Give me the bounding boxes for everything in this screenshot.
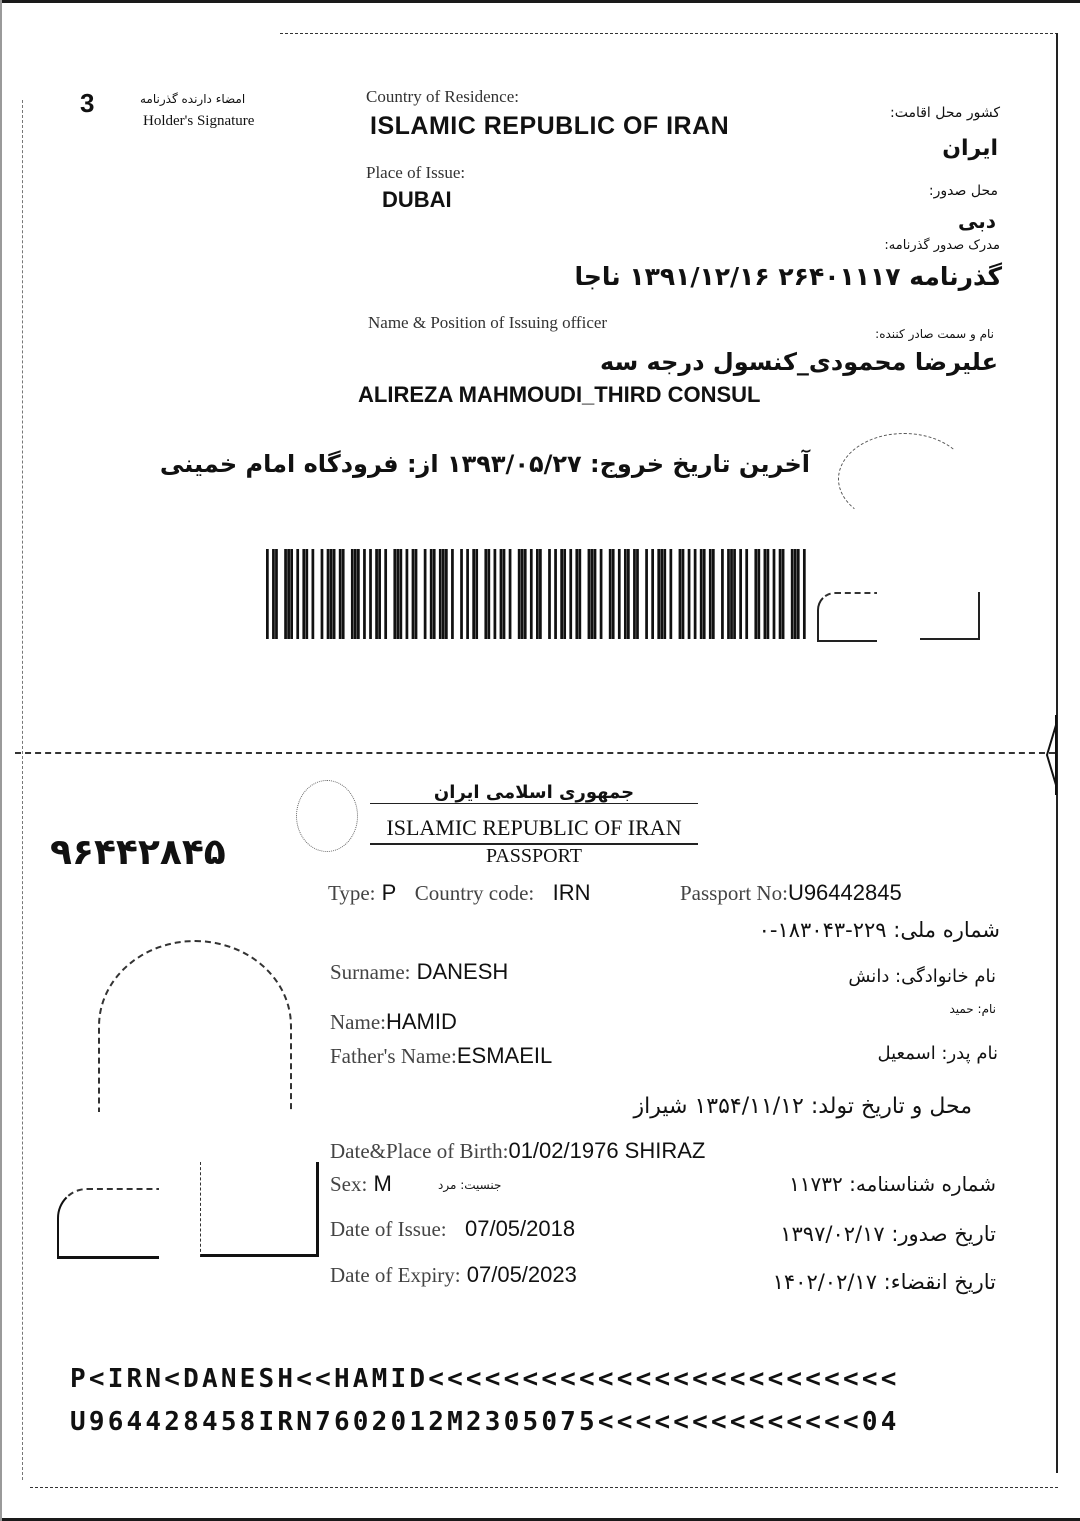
issue-date-row: Date of Issue: 07/05/2018 xyxy=(330,1216,575,1242)
type-value: P xyxy=(382,880,397,905)
watermark-dots xyxy=(296,780,358,852)
country-of-residence-label-fa: کشور محل اقامت: xyxy=(890,105,1000,121)
mrz-line-2: U964428458IRN7602012M2305075<<<<<<<<<<<<… xyxy=(70,1407,900,1437)
photo-outline xyxy=(98,940,292,1112)
passport-number-value: U96442845 xyxy=(788,880,902,905)
issuance-document-label-fa: مدرک صدور گذرنامه: xyxy=(884,238,1000,253)
father-name-value: ESMAEIL xyxy=(457,1043,552,1068)
surname-value: DANESH xyxy=(417,959,509,984)
issuance-document-value-fa: گذرنامه ۲۶۴۰۱۱۱۷ ۱۳۹۱/۱۲/۱۶ ناجا xyxy=(574,262,1002,291)
birth-date-place-value: 01/02/1976 SHIRAZ xyxy=(508,1138,705,1163)
expiry-date-value: 07/05/2023 xyxy=(467,1262,577,1287)
type-label: Type: xyxy=(328,881,376,905)
name-label: Name: xyxy=(330,1010,386,1034)
name-fa: نام: حمید xyxy=(949,1002,996,1016)
page-border-bottom xyxy=(30,1487,1058,1488)
surname-row: Surname: DANESH xyxy=(330,959,508,985)
sex-label: Sex: xyxy=(330,1172,367,1196)
father-name-fa: نام پدر: اسمعیل xyxy=(877,1043,998,1064)
issuing-officer-value: ALIREZA MAHMOUDI_THIRD CONSUL xyxy=(358,382,761,408)
place-of-issue-label-fa: محل صدور: xyxy=(929,183,998,199)
expiry-date-label: Date of Expiry: xyxy=(330,1263,461,1287)
country-code-value: IRN xyxy=(553,880,591,905)
passport-number-row: Passport No:U96442845 xyxy=(680,880,902,906)
page-border-top xyxy=(280,33,1058,34)
issuing-officer-label-fa: نام و سمت صادر کننده: xyxy=(875,327,994,341)
barcode xyxy=(266,549,806,639)
page-number: 3 xyxy=(80,88,94,119)
header-title-fa: جمهوری اسلامی ایران xyxy=(370,782,698,804)
last-exit-note-fa: آخرین تاریخ خروج: ۱۳۹۳/۰۵/۲۷ از: فرودگاه… xyxy=(160,450,810,478)
country-code-label: Country code: xyxy=(415,881,535,905)
issue-date-fa: تاریخ صدور: ۱۳۹۷/۰۲/۱۷ xyxy=(780,1222,996,1246)
birth-date-place-fa: محل و تاریخ تولد: ۱۳۵۴/۱۱/۱۲ شیراز xyxy=(634,1094,972,1119)
surname-label: Surname: xyxy=(330,960,410,984)
passport-number-label: Passport No: xyxy=(680,881,788,905)
country-of-residence-value-fa: ایران xyxy=(942,136,998,161)
sex-value: M xyxy=(373,1171,391,1196)
issue-date-value: 07/05/2018 xyxy=(465,1216,575,1241)
place-of-issue-value-fa: دبی xyxy=(958,209,996,233)
country-of-residence-value: ISLAMIC REPUBLIC OF IRAN xyxy=(370,112,729,141)
corner-mark-right xyxy=(920,592,980,640)
photo-corner-left xyxy=(57,1188,159,1259)
place-of-issue-value: DUBAI xyxy=(382,187,452,213)
issuing-officer-value-fa: علیرضا محمودی_کنسول درجه سه xyxy=(600,348,998,376)
header-title: ISLAMIC REPUBLIC OF IRAN xyxy=(370,815,698,845)
id-number-fa: شماره شناسنامه: ۱۱۷۳۲ xyxy=(789,1172,996,1196)
photo-corner-right xyxy=(200,1162,319,1257)
passport-serial-fa: ۹۶۴۴۲۸۴۵ xyxy=(50,832,226,873)
father-name-label: Father's Name: xyxy=(330,1044,457,1068)
name-value: HAMID xyxy=(386,1009,457,1034)
scan-frame-left xyxy=(0,0,2,1521)
place-of-issue-label: Place of Issue: xyxy=(366,163,465,183)
expiry-date-fa: تاریخ انقضاء: ۱۴۰۲/۰۲/۱۷ xyxy=(773,1270,996,1294)
type-country-row: Type: P Country code: IRN xyxy=(328,880,590,906)
holder-signature-label: Holder's Signature xyxy=(143,113,254,130)
birth-date-place-row: Date&Place of Birth:01/02/1976 SHIRAZ xyxy=(330,1138,705,1164)
surname-fa: نام خانوادگی: دانش xyxy=(848,966,996,987)
father-name-row: Father's Name:ESMAEIL xyxy=(330,1043,552,1069)
page-fold-divider xyxy=(15,752,1055,754)
country-of-residence-label: Country of Residence: xyxy=(366,87,519,107)
birth-date-place-label: Date&Place of Birth: xyxy=(330,1139,508,1163)
name-row: Name:HAMID xyxy=(330,1009,457,1035)
sex-fa: جنسیت: مرد xyxy=(438,1178,501,1192)
page-edge-left xyxy=(22,100,23,1480)
sex-row: Sex: M xyxy=(330,1171,392,1197)
corner-mark-left xyxy=(817,592,877,642)
stamp-outline xyxy=(838,433,970,525)
national-id-fa: شماره ملی: ۲۲۹-۱۸۳۰۴۳-۰ xyxy=(759,918,1000,942)
document-type: PASSPORT xyxy=(370,845,698,868)
issuing-officer-label: Name & Position of Issuing officer xyxy=(368,313,607,333)
holder-signature-label-fa: امضاء دارنده گذرنامه xyxy=(140,92,245,106)
scan-frame-top xyxy=(0,0,1080,3)
fold-notch-icon xyxy=(1044,715,1058,795)
mrz-line-1: P<IRN<DANESH<<HAMID<<<<<<<<<<<<<<<<<<<<<… xyxy=(70,1364,900,1394)
expiry-date-row: Date of Expiry: 07/05/2023 xyxy=(330,1262,577,1288)
issue-date-label: Date of Issue: xyxy=(330,1217,447,1241)
